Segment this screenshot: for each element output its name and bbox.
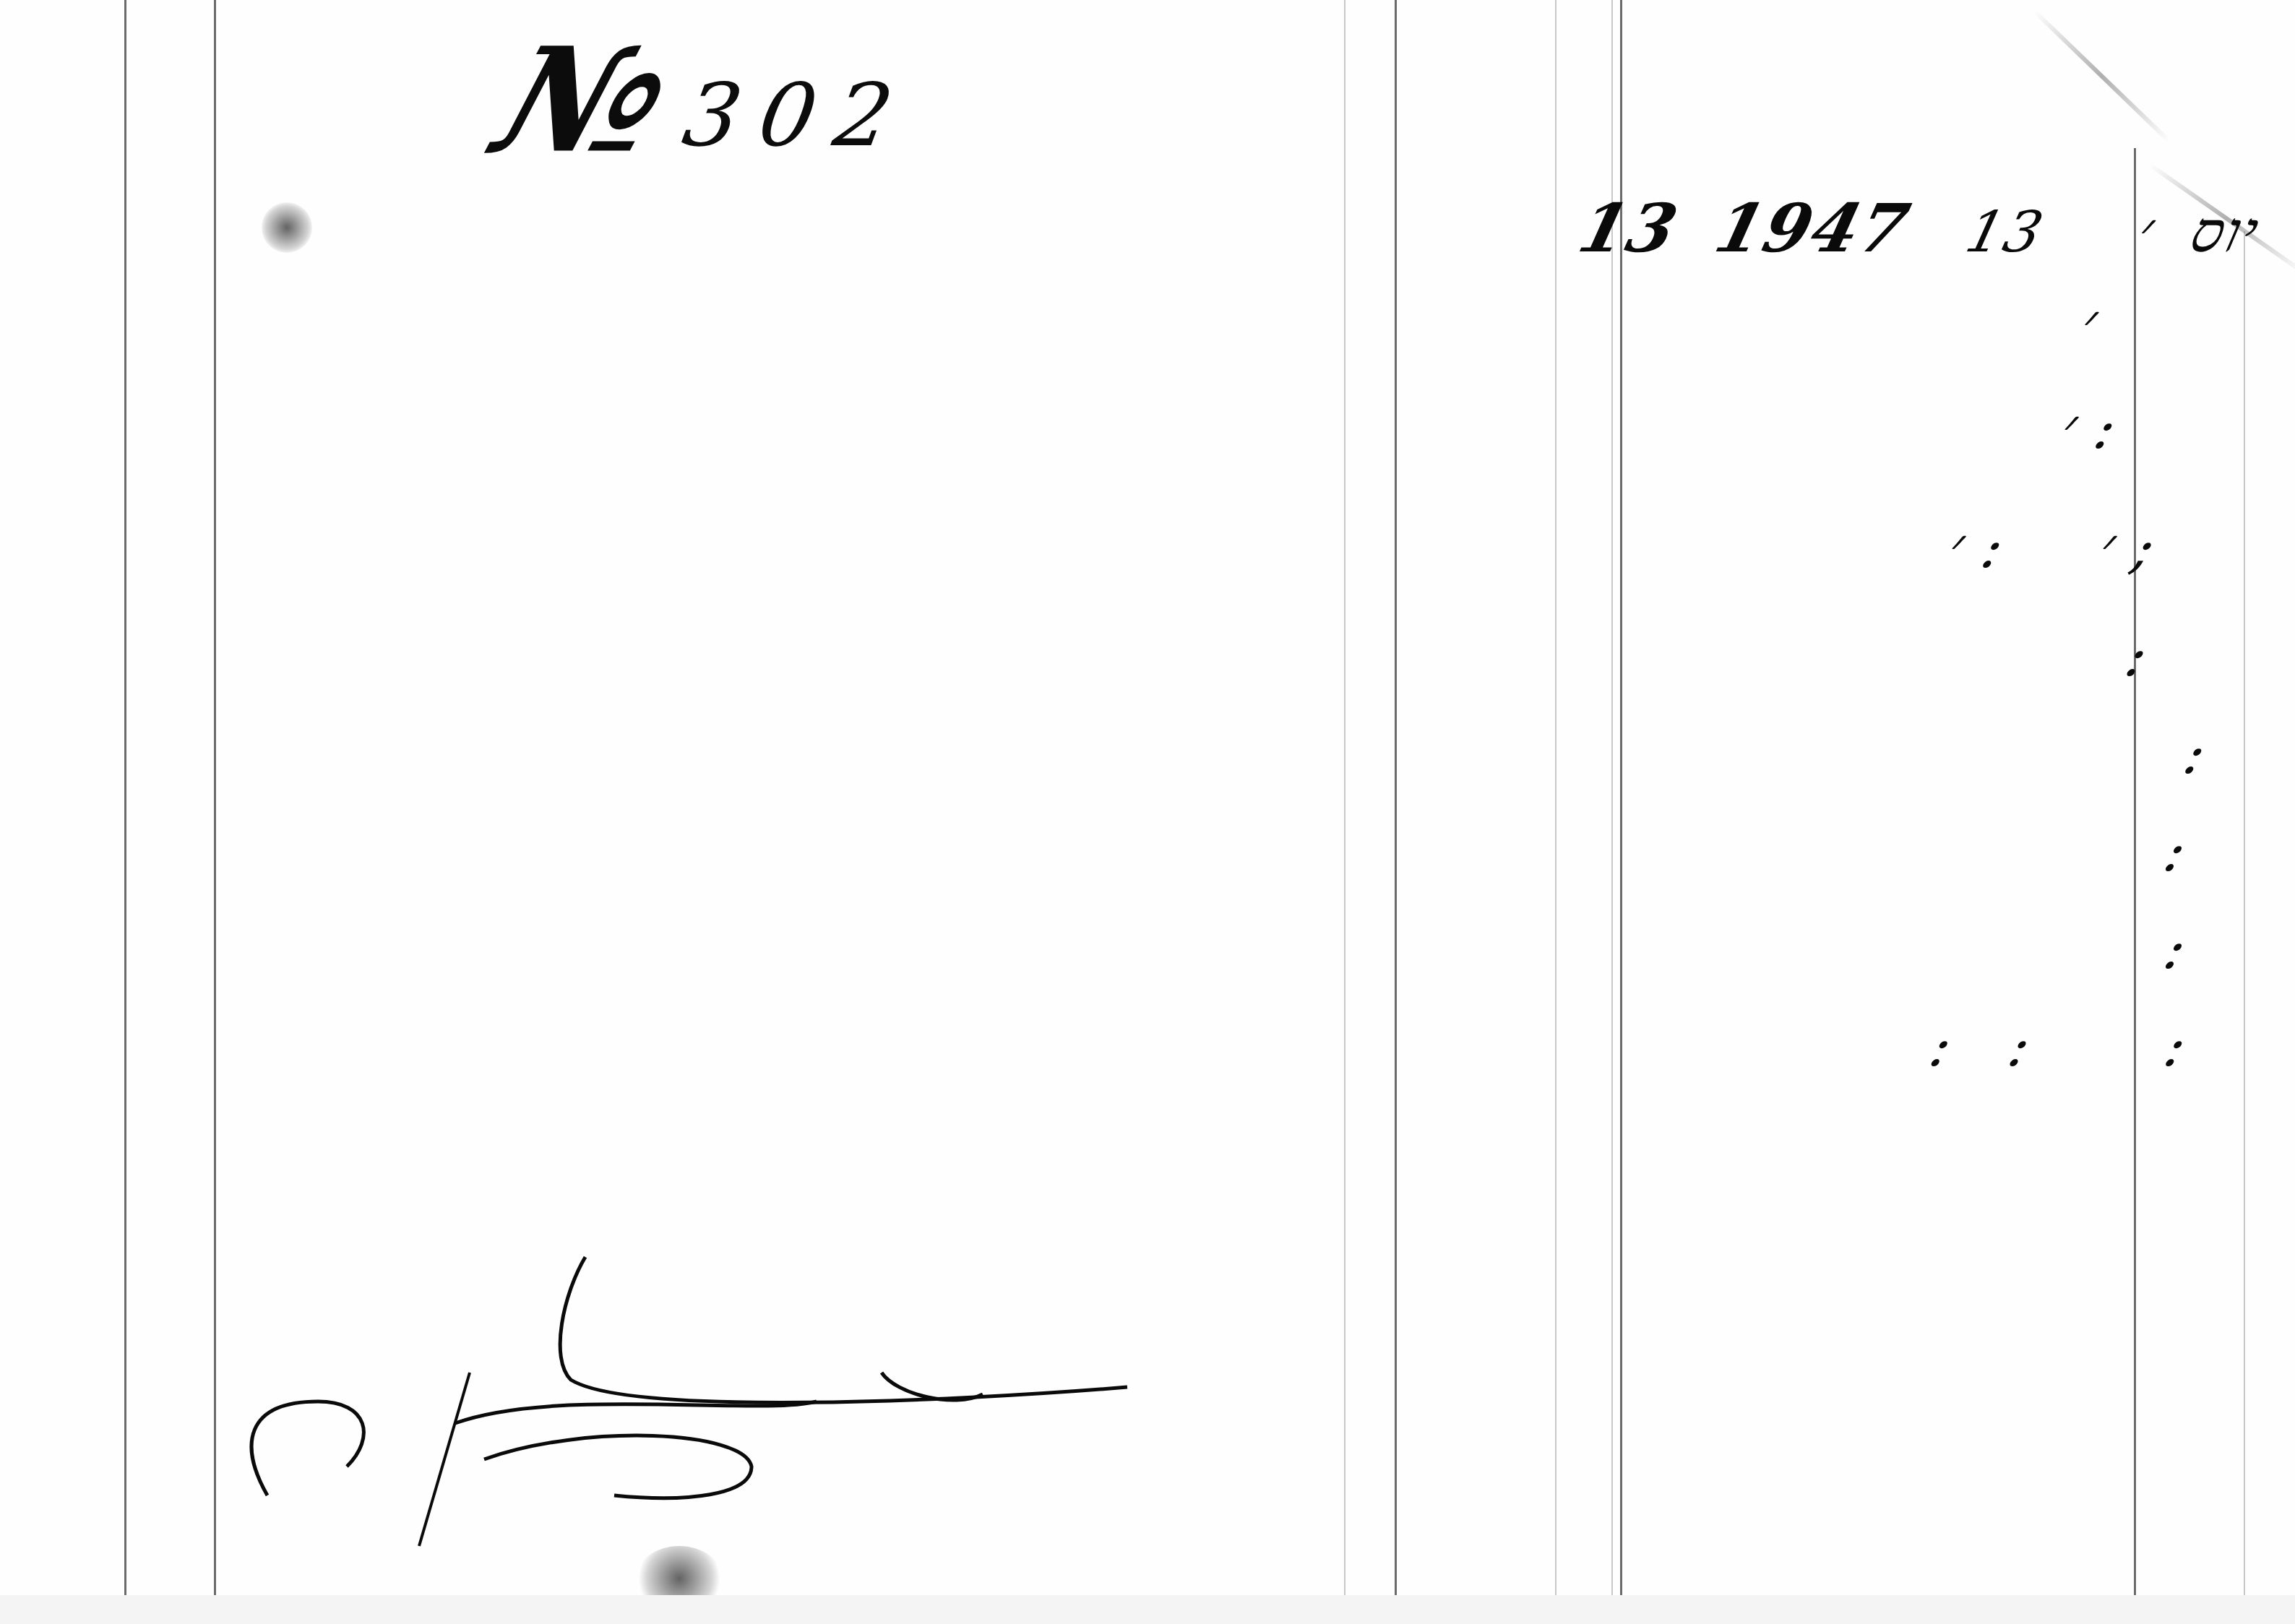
document-page: № 302 יוס ‏‏‏‏‏‏ ׳‏‏‏‏‏ ‏‏‏‏‏ ‏‏‏ ‏‏‏‏‏‏… xyxy=(0,0,2295,1624)
handwritten-line-11: ‏‏‏‏‏‏‏‏ ‏‏‏‏‏‏ ‏‏‏‏‏ ‏ ‏‏‏‏‏ ‏‏‏‏‏‏ xyxy=(2104,1243,2223,1303)
ruled-line xyxy=(1344,0,1345,1595)
signature-underline-loops xyxy=(181,1358,976,1560)
document-number-value: 302 xyxy=(675,66,920,173)
date-day: 13 xyxy=(1571,189,1686,267)
handwritten-line-9: ‏‏‏ ‏‏‏ ‏‏‏‏‏ : ‏‏‏‏‏ ‏‏‏‏‏ ‏‏‏‏‏ ‏‏‏ ‏‏… xyxy=(1924,1019,2252,1075)
handwritten-line-1: יוס ‏‏‏‏‏‏ ׳‏‏‏‏‏ ‏‏‏‏‏ ‏‏‏ ‏‏‏‏‏‏ ‏‏‏‏‏… xyxy=(1551,195,2267,262)
numero-sign: № xyxy=(483,29,686,173)
ink-blot xyxy=(262,202,312,253)
handwritten-line-10: ‏‏‏‏ ‏‏‏‏‏‏‏‏‏ ‏‏‏‏ ‏‏‏‏‏‏ ‏‏‏‏‏ ‏‏‏‏‏‏ … xyxy=(2063,1120,2252,1176)
signature-middle: ‏‏‏‏‏ xyxy=(1134,1438,1150,1504)
handwritten-line-2: ‏‏‏‏‏‏‏ ‏‏‏‏‏‏ ‏‏ ‏‏‏ ‏‏‏‏‏‏ ‏‏‏‏ ‏‏‏‏‏ … xyxy=(2018,296,2259,353)
document-number: № 302 xyxy=(506,29,910,173)
ruled-line xyxy=(214,0,216,1595)
signature-right: ‏‏‏‏‏‏ xyxy=(1400,1409,1418,1481)
handwritten-line-5: ‏‏‏‏ ‏‏‏‏‏‏ ‏‏‏‏‏‏ ‏‏‏‏‏‏‏ ‏‏‏‏‏ : ‏‏‏‏‏… xyxy=(2004,629,2251,685)
ruled-line xyxy=(1395,0,1397,1595)
handwritten-line-4: ‏‏‏‏‏‏ ‏‏‏ ‏‏‏‏‏‏‏‏‏‏ ‏‏‏‏‏ ‏‏‏‏‏ ; ׳ ‏‏… xyxy=(1923,520,2258,576)
paper-crease xyxy=(2033,9,2171,143)
handwritten-line-3: ‏‏‏‏‏ ‏‏‏‏‏ ‏‏‏‏‏‏‏‏ ‏‏‏‏‏‏‏ ‏‏‏‏‏‏‏‏‏‏ … xyxy=(2036,401,2259,457)
ruled-line xyxy=(124,0,126,1595)
handwritten-line-7: ‏‏‏‏ ‏‏‏‏‏‏ ‏‏‏‏‏ : ‏‏‏‏‏ ‏‏‏ ‏‏‏‏‏ ‏‏‏‏… xyxy=(2004,824,2251,880)
handwritten-line-8: ‏‏‏‏ ‏‏‏‏‏‏ ‏‏‏‏ : ‏‏‏‏ ‏‏ ‏‏‏‏ ‏‏‏‏ ‏‏‏… xyxy=(2004,921,2251,977)
date-year: 1947 xyxy=(1708,189,1918,267)
scan-bottom-edge xyxy=(0,1595,2295,1624)
handwritten-line-6: ‏‏‏‏‏‏‏ ‏‏‏‏‏‏‏‏‏‏‏‏ : ‏‏‏‏‏‏‏‏‏ ‏‏‏‏ ‏‏… xyxy=(2043,726,2252,782)
